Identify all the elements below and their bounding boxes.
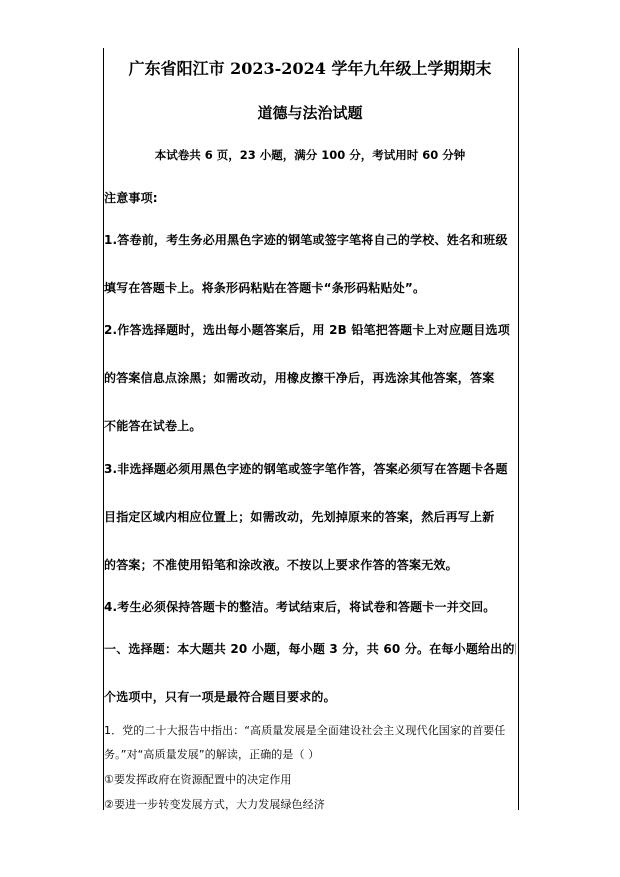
document-subtitle: 道德与法治试题 (104, 102, 516, 123)
notice-3-line-1: 3.非选择题必须用黑色字迹的钢笔或签字笔作答，答案必须写在答题卡各题 (104, 460, 516, 477)
notice-2-line-3: 不能答在试卷上。 (104, 417, 516, 434)
question-1-option-1: ①要发挥政府在资源配置中的决定作用 (104, 771, 516, 787)
question-1-stem-line-1: 1．党的二十大报告中指出：“高质量发展是全面建设社会主义现代化国家的首要任 (104, 722, 516, 738)
notice-4-line-1: 4.考生必须保持答题卡的整洁。考试结束后，将试卷和答题卡一并交回。 (104, 598, 516, 615)
notice-2-line-2: 的答案信息点涂黑；如需改动，用橡皮擦干净后，再选涂其他答案，答案 (104, 369, 516, 386)
section-one-line-2: 个选项中，只有一项是最符合题目要求的。 (104, 688, 516, 705)
notice-1-line-2: 填写在答题卡上。将条形码粘贴在答题卡“条形码粘贴处”。 (104, 279, 516, 296)
section-one-line-1: 一、选择题：本大题共 20 小题，每小题 3 分，共 60 分。在每小题给出的四 (104, 640, 516, 657)
exam-meta: 本试卷共 6 页，23 小题，满分 100 分，考试用时 60 分钟 (104, 147, 516, 163)
document-title: 广东省阳江市 2023-2024 学年九年级上学期期末 (104, 56, 516, 79)
question-1-stem-line-2: 务。”对“高质量发展”的解读，正确的是（ ） (104, 746, 516, 762)
notice-1-line-1: 1.答卷前，考生务必用黑色字迹的钢笔或签字笔将自己的学校、姓名和班级 (104, 231, 516, 248)
notice-3-line-2: 目指定区域内相应位置上；如需改动，先划掉原来的答案，然后再写上新 (104, 508, 516, 525)
notice-3-line-3: 的答案；不准使用铅笔和涂改液。不按以上要求作答的答案无效。 (104, 556, 516, 573)
notice-heading: 注意事项: (104, 189, 516, 206)
question-1-option-2: ②要进一步转变发展方式，大力发展绿色经济 (104, 796, 516, 812)
notice-2-line-1: 2.作答选择题时，选出每小题答案后，用 2B 铅笔把答题卡上对应题目选项 (104, 321, 516, 338)
